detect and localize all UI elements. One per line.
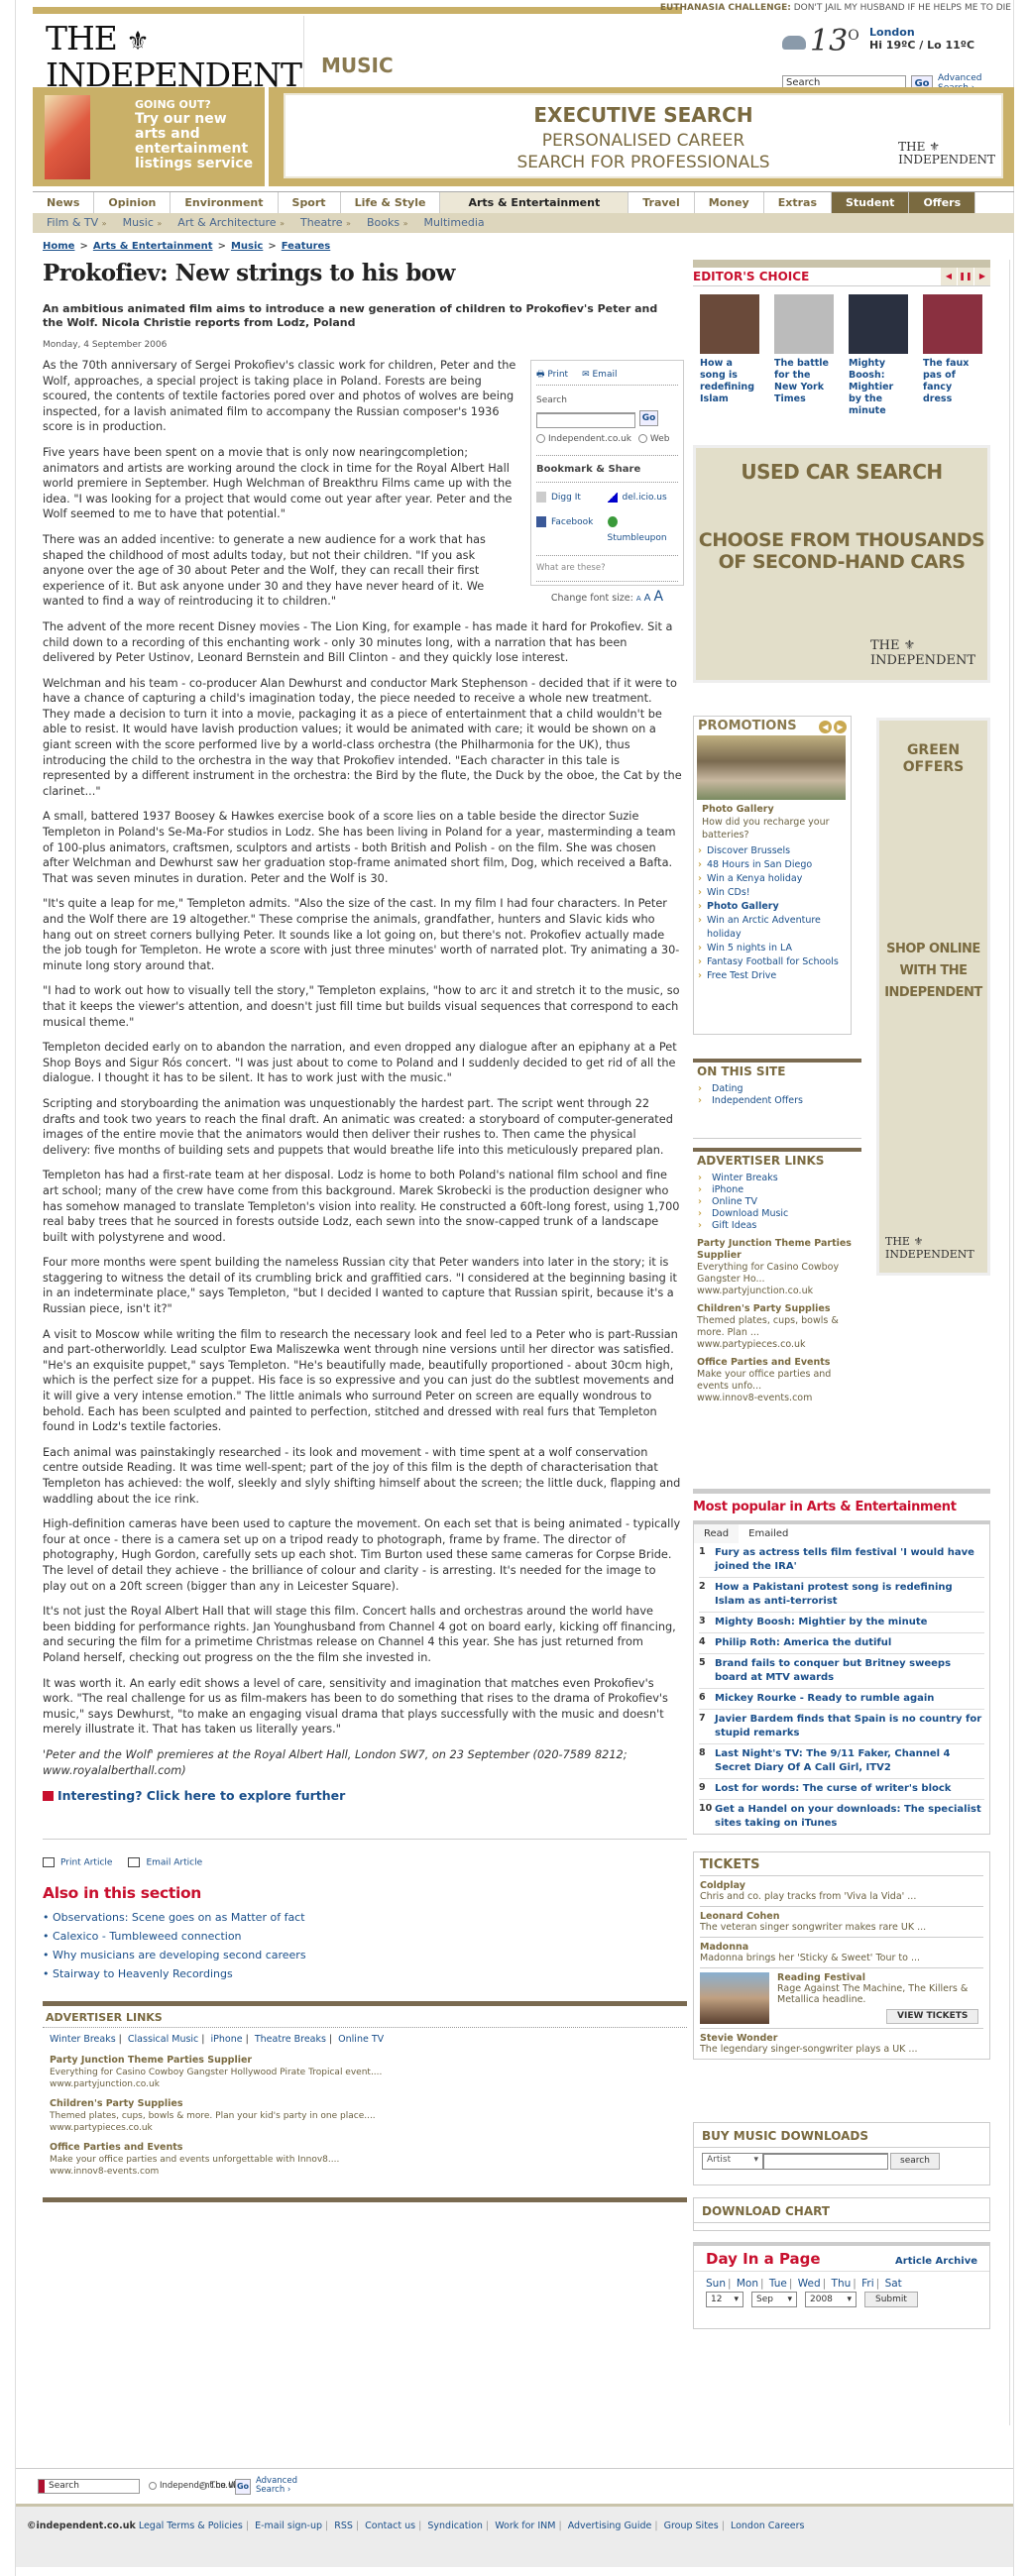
promo-link[interactable]: Photo Gallery [707,901,779,912]
digg-link[interactable]: Digg It [536,491,608,506]
going-out-promo[interactable]: GOING OUT?Try our new arts and entertain… [33,87,261,186]
copyright: ©independent.co.uk [27,2520,136,2531]
right-column: EDITOR'S CHOICE ◀ ❚❚ ▶ How a song is red… [693,260,1000,683]
ticket-item[interactable]: ColdplayChris and co. play tracks from '… [700,1876,983,1907]
featured-ticket: Reading FestivalRage Against The Machine… [700,1968,983,2029]
breadcrumb-home[interactable]: Home [43,241,74,252]
on-site-link[interactable]: Independent Offers [712,1095,803,1106]
page-title: Prokofiev: New strings to his bow [43,260,682,286]
advertiser-links-heading: ADVERTISER LINKS [43,2006,687,2028]
download-chart-heading: DOWNLOAD CHART [694,2198,989,2223]
divider [43,2197,687,2202]
adv-link[interactable]: Classical Music [128,2034,198,2045]
article-paragraph: A visit to Moscow while writing the film… [43,1327,682,1435]
used-car-ad[interactable]: USED CAR SEARCH CHOOSE FROM THOUSANDS OF… [693,445,990,683]
radio-independent[interactable] [536,434,545,443]
ticket-item[interactable]: MadonnaMadonna brings her 'Sticky & Swee… [700,1938,983,1968]
bottom-search-bar: Search Independent.co.uk The Web Go Adva… [16,2468,1013,2503]
list-item: 2How a Pakistani protest song is redefin… [699,1578,984,1613]
also-link[interactable]: Why musicians are developing second care… [53,1949,306,1961]
weather-temp: 13O [810,24,859,58]
advertiser-links-heading: ADVERTISER LINKS [693,1152,861,1170]
on-this-site-heading: ON THIS SITE [693,1063,861,1080]
day-in-page-heading: Day In a Page [706,2250,821,2268]
chevron-down-icon: ▾ [753,2155,758,2165]
music-search-input[interactable] [763,2153,888,2170]
day-link[interactable]: Wed [798,2278,821,2290]
nav-opinion[interactable]: Opinion [94,192,171,213]
tickets-box: TICKETS ColdplayChris and co. play track… [693,1851,990,2060]
chevron-down-icon: » [403,219,408,228]
section-name: MUSIC [321,54,394,77]
article-paragraph: Templeton has had a first-rate team at h… [43,1168,682,1245]
breadcrumb: Home>Arts & Entertainment>Music>Features [43,241,330,252]
list-item: 8Last Night's TV: The 9/11 Faker, Channe… [699,1744,984,1779]
editors-choice-item[interactable]: The battle for the New York Times [774,294,834,417]
adv-entry[interactable]: Party Junction Theme Parties SupplierEve… [693,1232,861,1297]
nav-offers[interactable]: Offers [909,192,975,213]
adv-entry[interactable]: Office Parties and EventsMake your offic… [43,2138,687,2182]
adv-link[interactable]: Download Music [712,1208,788,1219]
exec-ad-line-2: PERSONALISED CAREER [286,131,1001,151]
footer-link[interactable]: RSS [334,2520,353,2531]
top-strip: EUTHANASIA CHALLENGE: DON'T JAIL MY HUSB… [16,0,1013,16]
breadcrumb-music[interactable]: Music [231,241,263,252]
footer-link[interactable]: Legal Terms & Policies [139,2520,243,2531]
list-item: 10Get a Handel on your downloads: The sp… [699,1800,984,1834]
also-in-section-list: Observations: Scene goes on as Matter of… [43,1908,682,1983]
day-link[interactable]: Sat [885,2278,902,2290]
music-search-button[interactable]: search [890,2153,940,2170]
page: EUTHANASIA CHALLENGE: DON'T JAIL MY HUSB… [15,0,1014,2576]
tab-read[interactable]: Read [694,1524,739,1543]
adv-link[interactable]: Winter Breaks [712,1173,778,1183]
popular-link[interactable]: Philip Roth: America the dutiful [715,1636,891,1650]
also-link[interactable]: Stairway to Heavenly Recordings [53,1967,233,1980]
day-select[interactable]: 12▾ [706,2292,743,2307]
subnav-art-architecture[interactable]: Art & Architecture » [170,213,292,233]
headline-label: EUTHANASIA CHALLENGE: [660,3,791,13]
year-select[interactable]: 2008▾ [805,2292,857,2307]
popular-link[interactable]: How a Pakistani protest song is redefini… [715,1581,984,1609]
also-link[interactable]: Observations: Scene goes on as Matter of… [53,1911,305,1924]
subnav-multimedia[interactable]: Multimedia [415,213,492,233]
editors-choice: EDITOR'S CHOICE ◀ ❚❚ ▶ How a song is red… [693,260,990,425]
chevron-down-icon: » [346,219,351,228]
pause-icon[interactable]: ❚❚ [957,268,973,285]
subnav-film-tv[interactable]: Film & TV » [39,213,115,233]
nav-travel[interactable]: Travel [629,192,695,213]
thumbnail [849,294,908,354]
font-size-control: Change font size: A A A [536,582,678,608]
thumbnail [700,294,759,354]
executive-search-ad[interactable]: EXECUTIVE SEARCH PERSONALISED CAREER SEA… [284,93,1003,178]
footer-link[interactable]: Group Sites [664,2520,719,2531]
article-paragraph: It's not just the Royal Albert Hall that… [43,1604,682,1665]
print-article-button[interactable]: Print Article [43,1857,112,1868]
adv-entry[interactable]: Children's Party SuppliesThemed plates, … [43,2094,687,2138]
chevron-down-icon: » [102,219,107,228]
article-paragraph: "It's quite a leap for me," Templeton ad… [43,896,682,973]
promo-link[interactable]: 48 Hours in San Diego [707,859,812,870]
email-article-button[interactable]: Email Article [128,1857,202,1868]
green-offers-ad[interactable]: GREEN OFFERS SHOP ONLINE WITH THE INDEPE… [876,718,990,1276]
promotions-heading: PROMOTIONS [698,719,797,733]
next-arrow-icon[interactable]: ▶ [834,721,847,733]
day-link[interactable]: Tue [769,2278,787,2290]
prev-arrow-icon[interactable]: ◀ [819,721,832,733]
chevron-down-icon: » [157,219,162,228]
festival-photo [700,1972,769,2024]
editors-choice-item[interactable]: Mighty Boosh: Mightier by the minute [849,294,908,417]
article-paragraph: The advent of the more recent Disney mov… [43,619,682,666]
delicious-link[interactable]: del.icio.us [608,491,679,506]
delicious-icon [608,492,618,503]
popular-link[interactable]: Fury as actress tells film festival 'I w… [715,1546,984,1574]
article-paragraph: High-definition cameras have been used t… [43,1516,682,1594]
weather-hilo: Hi 19ºC / Lo 11ºC [869,39,974,52]
what-are-these-link[interactable]: What are these? [536,555,678,583]
bookmark-share-heading: Bookmark & Share [536,456,678,483]
submit-button[interactable]: Submit [864,2292,918,2307]
article-footer-tools: Print Article Email Article [43,1839,687,1868]
facebook-icon [536,516,546,527]
subnav-books[interactable]: Books » [359,213,416,233]
editors-choice-heading: EDITOR'S CHOICE [693,270,809,283]
subnav-music[interactable]: Music » [115,213,171,233]
breadcrumb-arts[interactable]: Arts & Entertainment [93,241,213,252]
promo-link[interactable]: Win an Arctic Adventure holiday [707,915,821,940]
article-date: Monday, 4 September 2006 [43,340,682,350]
list-item: 5Brand fails to conquer but Britney swee… [699,1654,984,1689]
radio-web[interactable] [199,2482,207,2490]
promo-link[interactable]: Free Test Drive [707,970,776,981]
popular-link[interactable]: Javier Bardem finds that Spain is no cou… [715,1713,984,1740]
exec-ad-headline: EXECUTIVE SEARCH [286,103,1001,127]
logo-line-1: THE [46,19,117,57]
promo-link[interactable]: Discover Brussels [707,845,790,856]
article-paragraph: "I had to work out how to visually tell … [43,983,682,1030]
nav-money[interactable]: Money [695,192,764,213]
headline-text: DON'T JAIL MY HUSBAND IF HE HELPS ME TO … [794,3,1011,13]
article-paragraph: A small, battered 1937 Boosey & Hawkes e… [43,809,682,886]
tools-search-input[interactable] [536,412,635,428]
download-chart: DOWNLOAD CHART [693,2197,990,2231]
article-paragraph: Welchman and his team - co-producer Alan… [43,676,682,800]
footer-link[interactable]: Advertising Guide [568,2520,652,2531]
popular-link[interactable]: Lost for words: The curse of writer's bl… [715,1782,951,1796]
bottom-search-input[interactable]: Search [38,2479,140,2494]
article-archive-link[interactable]: Article Archive [895,2256,977,2267]
radio-independent[interactable] [149,2482,157,2490]
article-body: 🖶 Print ✉ Email Search Go Independent.co… [43,358,682,1778]
list-item: 3Mighty Boosh: Mightier by the minute [699,1613,984,1633]
most-popular: Most popular in Arts & Entertainment Rea… [693,1489,990,1835]
editors-choice-item[interactable]: How a song is redefining Islam [700,294,759,417]
article-column: Prokofiev: New strings to his bow An amb… [43,260,682,2202]
on-site-link[interactable]: Dating [712,1083,743,1094]
promo-band: GOING OUT?Try our new arts and entertain… [33,87,1014,186]
popular-link[interactable]: Get a Handel on your downloads: The spec… [715,1803,984,1831]
masthead-divider [303,16,304,87]
article-paragraph: It was worth it. An early edit shows a l… [43,1676,682,1737]
going-out-heading: GOING OUT? [135,98,211,111]
sub-nav: Film & TV » Music » Art & Architecture »… [33,213,1014,233]
promo-photo-title[interactable]: Photo Gallery [702,804,774,815]
nav-news[interactable]: News [33,192,94,213]
article-tools-box: 🖶 Print ✉ Email Search Go Independent.co… [530,360,684,586]
weather-city-link[interactable]: London [869,26,915,39]
going-out-text: Try our new arts and entertainment listi… [135,111,253,171]
advertiser-links-right: ADVERTISER LINKS Winter Breaks iPhone On… [693,1148,861,1404]
nav-extras[interactable]: Extras [764,192,832,213]
explore-further-link[interactable]: Interesting? Click here to explore furth… [43,1788,682,1803]
envelope-icon: ✉ [582,370,590,380]
column-divider [1009,260,1010,2425]
article-paragraph: Each animal was painstakingly researched… [43,1445,682,1507]
thumbnail [774,294,834,354]
day-link[interactable]: Sun [706,2278,726,2290]
footer-link[interactable]: London Careers [731,2520,805,2531]
day-in-a-page: Day In a Page Article Archive Sun| Mon| … [693,2242,990,2329]
also-link[interactable]: Calexico - Tumbleweed connection [53,1930,242,1943]
prev-arrow-icon[interactable]: ◀ [940,268,957,285]
ticket-item[interactable]: Leonard CohenThe veteran singer songwrit… [700,1907,983,1938]
article-standfirst: An ambitious animated film aims to intro… [43,302,677,330]
adv-entry[interactable]: Office Parties and EventsMake your offic… [693,1351,861,1404]
day-link[interactable]: Mon [737,2278,758,2290]
adv-link[interactable]: Online TV [712,1196,757,1207]
promo-photo[interactable] [697,735,846,800]
nav-life-style[interactable]: Life & Style [341,192,441,213]
adv-entry[interactable]: Party Junction Theme Parties SupplierEve… [43,2051,687,2094]
promo-link[interactable]: Win a Kenya holiday [707,873,802,884]
adv-link[interactable]: iPhone [712,1184,743,1195]
grid-icon [43,1791,54,1801]
adv-link[interactable]: Theatre Breaks [255,2034,326,2045]
nav-arts-entertainment[interactable]: Arts & Entertainment [440,192,629,213]
advertiser-links-bottom: ADVERTISER LINKS Winter Breaks| Classica… [43,2001,687,2202]
promo-link[interactable]: Fantasy Football for Schools [707,956,839,967]
ticket-item[interactable]: Stevie WonderThe legendary singer-songwr… [700,2029,983,2059]
font-large-button[interactable]: A [654,589,664,605]
main-nav: News Opinion Environment Sport Life & St… [33,191,1014,213]
view-tickets-button[interactable]: VIEW TICKETS [886,2009,978,2024]
promo-divider [265,87,269,186]
on-this-site: ON THIS SITE Dating Independent Offers [693,1059,861,1107]
printer-icon [43,1857,55,1867]
artist-select[interactable]: Artist ▾ [702,2153,763,2170]
adv-link[interactable]: Gift Ideas [712,1220,756,1231]
facebook-link[interactable]: Facebook [536,515,608,546]
print-button[interactable]: 🖶 Print [536,368,568,384]
footer-link[interactable]: Syndication [427,2520,483,2531]
font-medium-button[interactable]: A [644,593,651,604]
rain-cloud-icon [782,36,806,50]
list-item: 7Javier Bardem finds that Spain is no co… [699,1710,984,1744]
gold-bar [33,7,682,14]
chevron-down-icon: » [280,219,285,228]
bottom-search-go-button[interactable]: Go [235,2479,251,2495]
digg-icon [536,492,546,503]
nav-sport[interactable]: Sport [279,192,341,213]
adv-link[interactable]: Online TV [338,2034,384,2045]
breadcrumb-features[interactable]: Features [282,241,331,252]
thumbnail [923,294,982,354]
list-item: 9Lost for words: The curse of writer's b… [699,1779,984,1800]
popular-link[interactable]: Mighty Boosh: Mightier by the minute [715,1616,927,1629]
list-item: 6Mickey Rourke - Ready to rumble again [699,1689,984,1710]
footer-link[interactable]: Contact us [365,2520,415,2531]
tickets-image [45,95,90,179]
font-small-button[interactable]: A [636,595,641,603]
exec-ad-line-3: SEARCH FOR PROFESSIONALS [286,153,1001,172]
article-paragraph: Four more months were spent building the… [43,1255,682,1316]
site-logo[interactable]: THE ⚜INDEPENDENT [46,22,301,91]
list-item: 4Philip Roth: America the dutiful [699,1633,984,1654]
month-select[interactable]: Sep▾ [751,2292,797,2307]
promotions-box: PROMOTIONS◀▶ Photo GalleryHow did you re… [693,716,852,1035]
adv-entry[interactable]: Children's Party SuppliesThemed plates, … [693,1297,861,1351]
promo-link[interactable]: Win 5 nights in LA [707,943,792,953]
adv-link[interactable]: iPhone [211,2034,243,2045]
stumbleupon-link[interactable]: Stumbleupon [608,515,679,546]
editors-choice-item[interactable]: The faux pas of fancy dress [923,294,982,417]
tickets-heading: TICKETS [700,1852,983,1876]
printer-icon: 🖶 [536,370,545,380]
tab-emailed[interactable]: Emailed [739,1524,798,1543]
masthead: THE ⚜INDEPENDENT MUSIC 13O London Hi 19º… [16,16,1013,87]
adv-link[interactable]: Winter Breaks [50,2034,116,2045]
buy-music-heading: BUY MUSIC DOWNLOADS [694,2123,989,2148]
footer-link[interactable]: E-mail sign-up [255,2520,322,2531]
tools-search-go-button[interactable]: Go [639,410,658,426]
eagle-icon: ⚜ [126,27,148,56]
nav-student[interactable]: Student [832,192,909,213]
article-paragraph: Scripting and storyboarding the animatio… [43,1096,682,1158]
popular-link[interactable]: Mickey Rourke - Ready to rumble again [715,1692,934,1706]
subnav-theatre[interactable]: Theatre » [292,213,359,233]
divider [693,1138,861,1139]
email-button[interactable]: ✉ Email [582,368,617,384]
bottom-advanced-search-link[interactable]: AdvancedSearch › [256,2477,297,2495]
nav-environment[interactable]: Environment [171,192,278,213]
tools-search-label: Search [536,393,678,409]
site-footer: ©independent.co.uk Legal Terms & Policie… [16,2504,1013,2567]
buy-music-downloads: BUY MUSIC DOWNLOADS Artist ▾ search [693,2122,990,2185]
list-item: 1Fury as actress tells film festival 'I … [699,1543,984,1578]
envelope-icon [128,1857,140,1867]
popular-link[interactable]: Last Night's TV: The 9/11 Faker, Channel… [715,1747,984,1775]
radio-web[interactable] [638,434,647,443]
article-credit: 'Peter and the Wolf' premieres at the Ro… [43,1747,682,1778]
breaking-headline-link[interactable]: EUTHANASIA CHALLENGE: DON'T JAIL MY HUSB… [660,3,1011,13]
footer-link[interactable]: Work for INM [495,2520,555,2531]
also-in-section-heading: Also in this section [43,1884,682,1902]
day-link[interactable]: Thu [832,2278,852,2290]
popular-link[interactable]: Brand fails to conquer but Britney sweep… [715,1657,984,1685]
day-link[interactable]: Fri [861,2278,874,2290]
next-arrow-icon[interactable]: ▶ [973,268,990,285]
stumbleupon-icon [608,516,618,527]
promo-link[interactable]: Win CDs! [707,887,750,898]
article-paragraph: Templeton decided early on to abandon th… [43,1040,682,1086]
most-popular-heading: Most popular in Arts & Entertainment [693,1500,990,1514]
exec-ad-brand: THE ⚜INDEPENDENT [898,141,995,167]
